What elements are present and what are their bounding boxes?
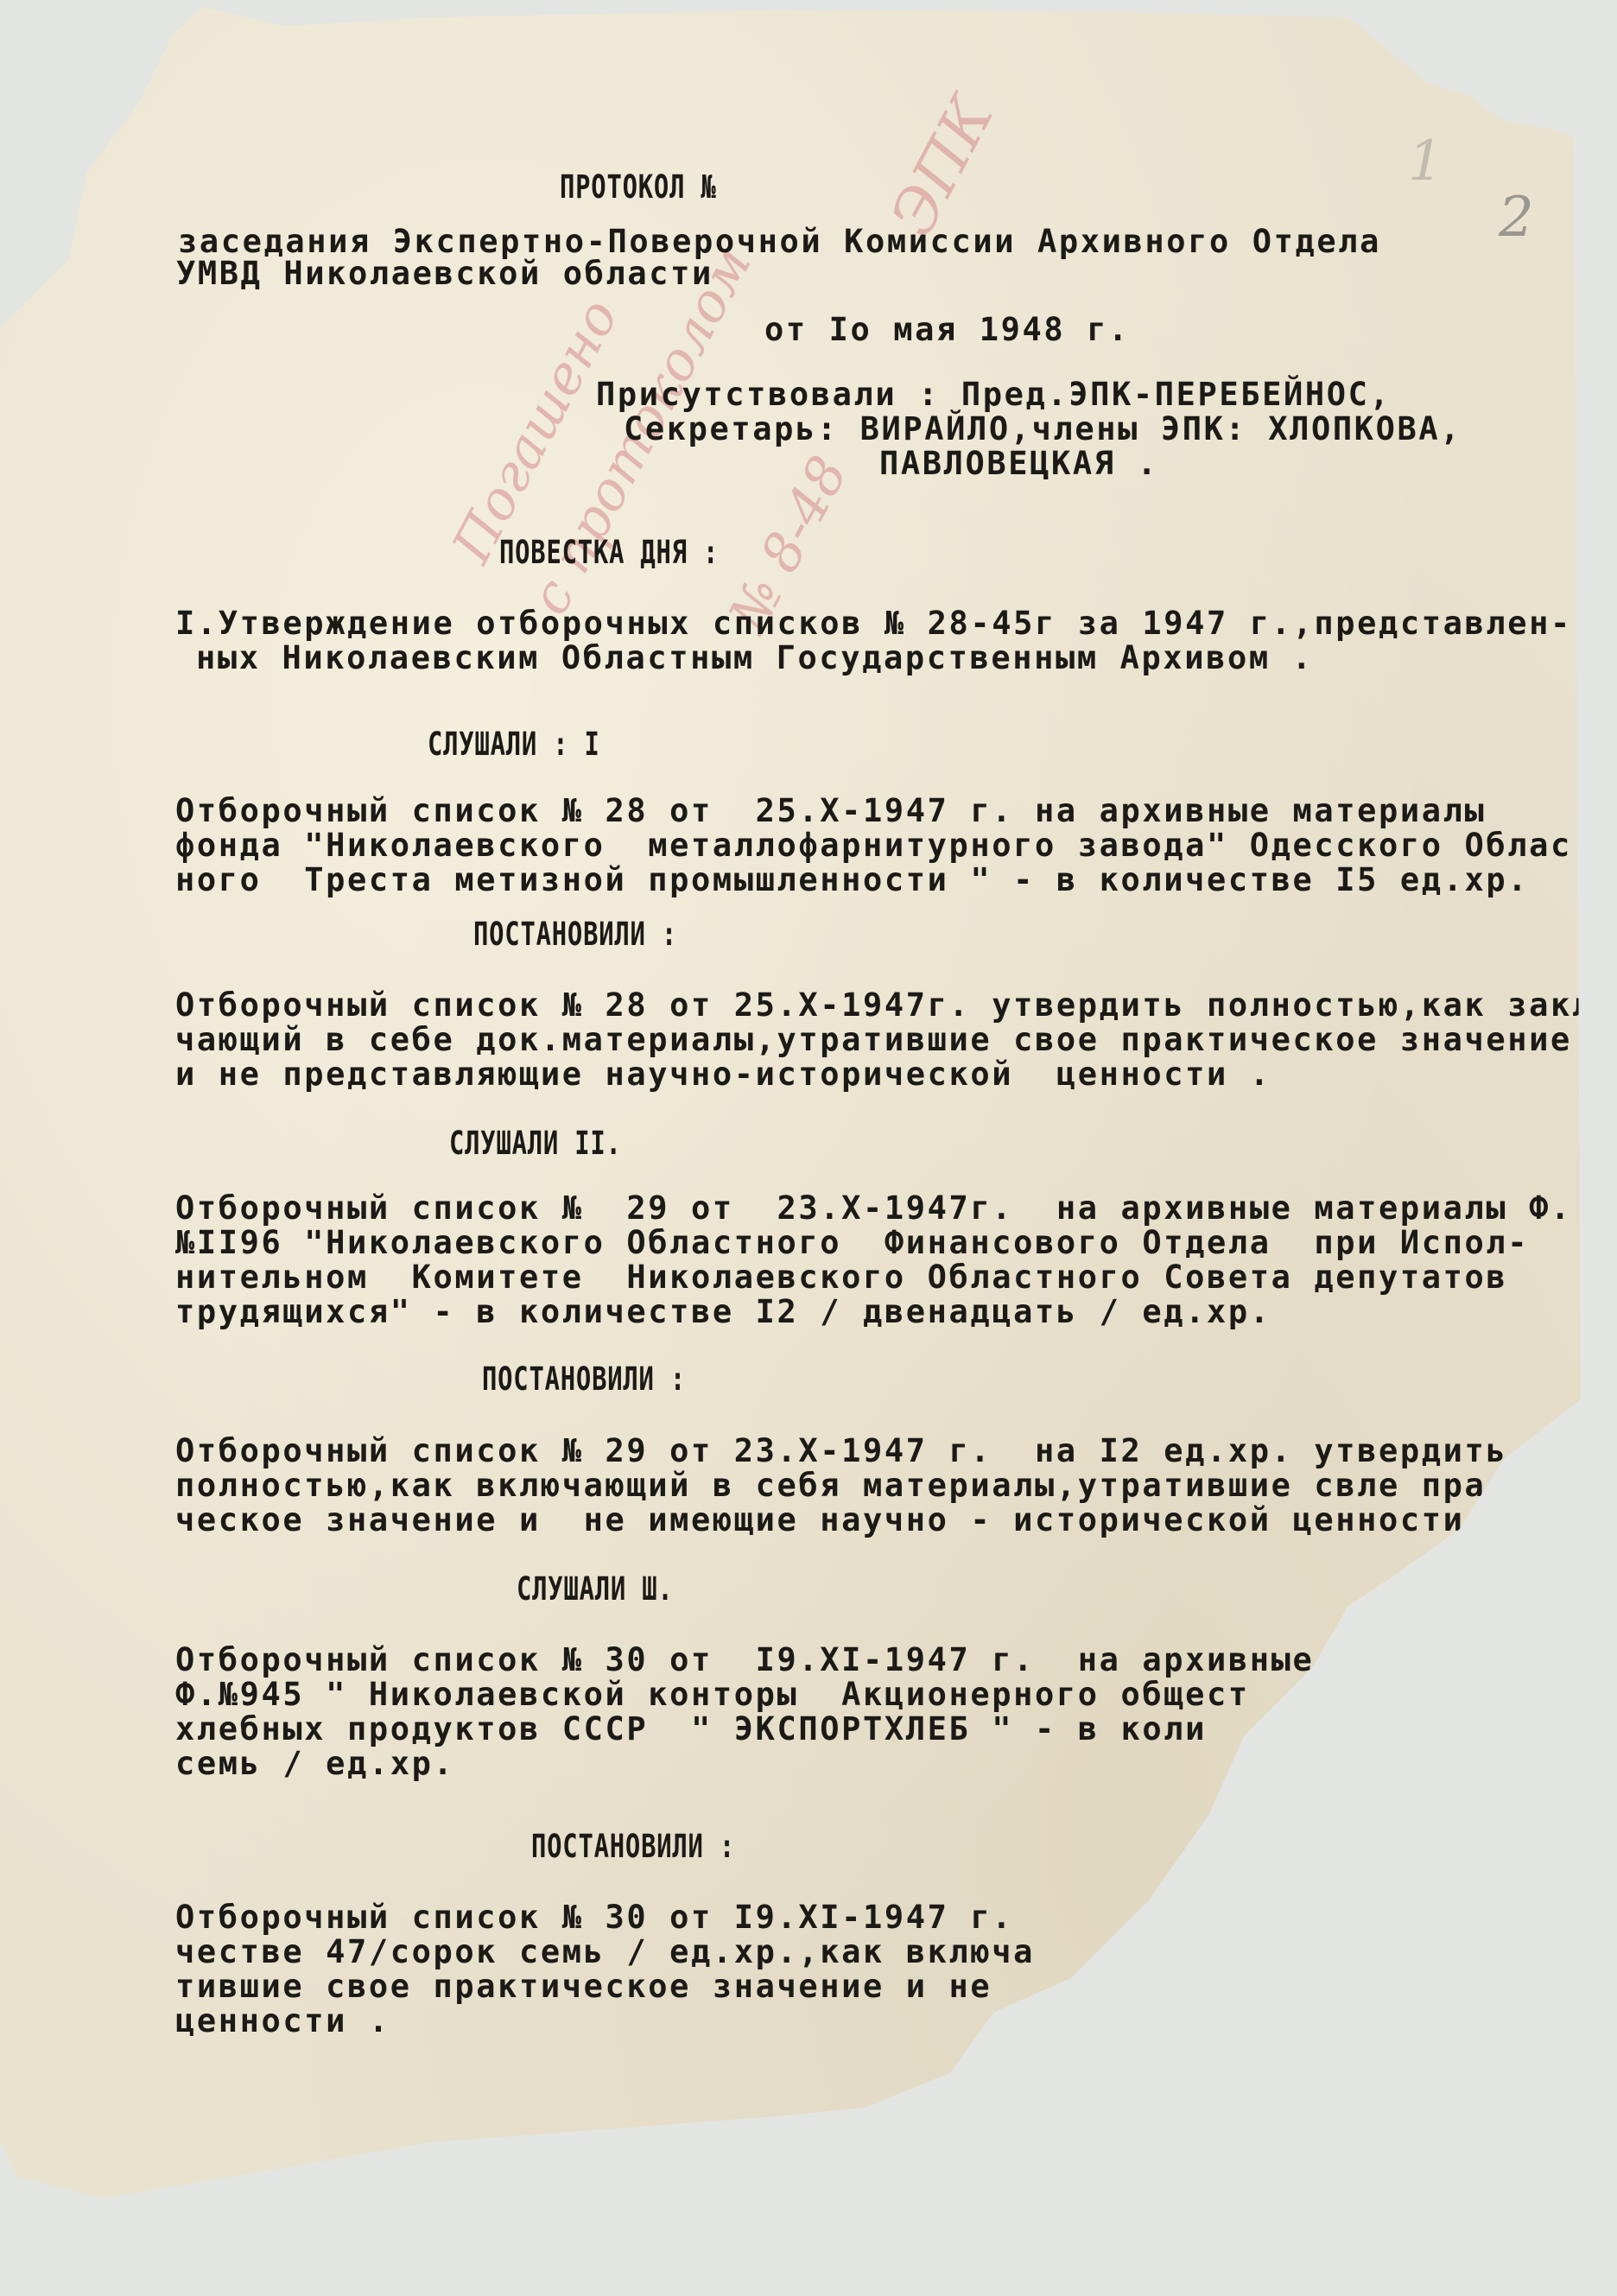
heard-line: трудящихся" - в количестве I2 / двенадца…	[175, 1293, 1271, 1331]
resolved-line: и не представляющие научно-исторической …	[175, 1056, 1271, 1094]
agenda-item-line1: I.Утверждение отборочных списков № 28-45…	[175, 605, 1572, 643]
heard-line: ного Треста метизной промышленности " - …	[175, 861, 1529, 899]
resolved-line: Отборочный список № 28 от 25.Х-1947г. ут…	[175, 986, 1615, 1024]
heard-line: семь / ед.хр.	[175, 1745, 454, 1783]
heard-line: фонда "Николаевского металлофарнитурного…	[175, 827, 1572, 865]
resolved-line: Отборочный список № 29 от 23.Х-1947 г. н…	[175, 1432, 1507, 1470]
heard-heading-3: СЛУШАЛИ Ш.	[517, 1570, 674, 1608]
heard-heading-1: СЛУШАЛИ : I	[428, 726, 600, 764]
resolved-line: ческое значение и не имеющие научно - ис…	[175, 1501, 1465, 1539]
pencil-struck-number: 1	[1408, 130, 1443, 193]
attendees-line2: Секретарь: ВИРАЙЛО,члены ЭПК: ХЛОПКОВА,	[624, 410, 1462, 448]
resolved-heading-3: ПОСТАНОВИЛИ :	[531, 1828, 735, 1866]
heard-line: Ф.№945 " Николаевской конторы Акционерно…	[175, 1676, 1250, 1714]
document-subtitle-line2: УМВД Николаевской области	[176, 255, 713, 293]
document-date: от Iо мая 1948 г.	[764, 311, 1130, 349]
pencil-page-number: 2	[1499, 186, 1534, 250]
heard-line: Отборочный список № 30 от I9.ХI-1947 г. …	[175, 1641, 1314, 1679]
resolved-line: тившие свое практическое значение и не	[175, 1968, 992, 2006]
attendees-line3: ПАВЛОВЕЦКАЯ .	[879, 445, 1158, 483]
resolved-line: честве 47/сорок семь / ед.хр.,как включа	[175, 1933, 1035, 1971]
agenda-item-line2: ных Николаевским Областным Государственн…	[196, 639, 1314, 677]
resolved-line: чающий в себе док.материалы,утратившие с…	[175, 1021, 1572, 1059]
heard-line: Отборочный список № 29 от 23.Х-1947г. на…	[175, 1189, 1572, 1227]
resolved-line: ценности .	[175, 2002, 390, 2040]
agenda-heading: ПОВЕСТКА ДНЯ :	[499, 534, 719, 572]
heard-line: хлебных продуктов СССР " ЭКСПОРТХЛЕБ " -…	[175, 1710, 1207, 1748]
heard-heading-2: СЛУШАЛИ II.	[449, 1125, 622, 1163]
heard-line: Отборочный список № 28 от 25.Х-1947 г. н…	[175, 792, 1486, 830]
heard-line: №II96 "Николаевского Областного Финансов…	[175, 1224, 1529, 1262]
heard-line: нительном Комитете Николаевского Областн…	[175, 1259, 1507, 1297]
resolved-line: полностью,как включающий в себя материал…	[175, 1467, 1486, 1505]
attendees-line1: Присутствовали : Пред.ЭПК-ПЕРЕБЕЙНОС,	[596, 376, 1391, 414]
document-title: ПРОТОКОЛ №	[560, 168, 717, 206]
resolved-heading-1: ПОСТАНОВИЛИ :	[473, 916, 677, 954]
resolved-heading-2: ПОСТАНОВИЛИ :	[482, 1360, 686, 1399]
resolved-line: Отборочный список № 30 от I9.ХI-1947 г.	[175, 1899, 1013, 1937]
